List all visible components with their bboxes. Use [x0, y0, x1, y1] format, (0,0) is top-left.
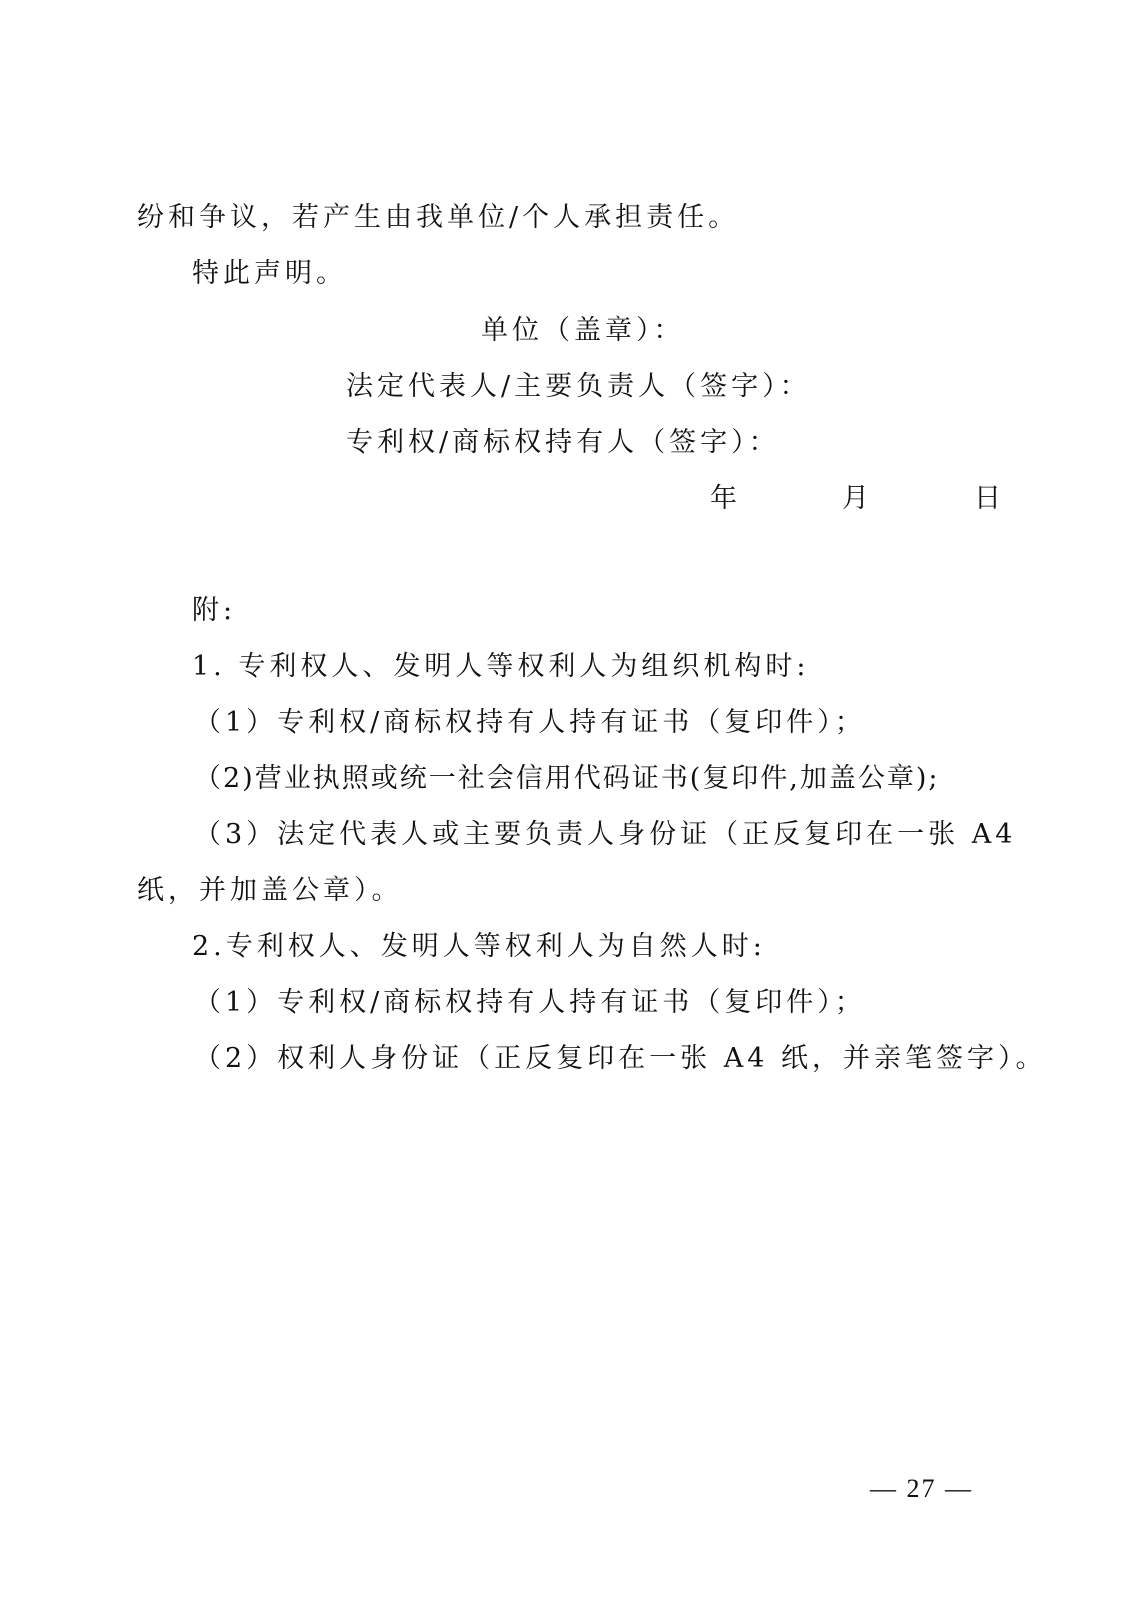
appendix-org-item-continued: 纸，并加盖公章）。 [137, 873, 403, 909]
appendix-person-item: （2）权利人身份证（正反复印在一张 A4 纸，并亲笔签字）。 [194, 1041, 1047, 1077]
appendix-heading: 附: [192, 593, 236, 629]
appendix-org-title: 1. 专利权人、发明人等权利人为组织机构时: [192, 649, 809, 685]
appendix-org-item: （1）专利权/商标权持有人持有证书（复印件）； [194, 705, 866, 741]
signature-unit-seal: 单位（盖章）： [481, 313, 685, 349]
appendix-org-item: （3）法定代表人或主要负责人身份证（正反复印在一张 A4 [194, 817, 1016, 853]
paragraph-declaration: 特此声明。 [192, 256, 347, 292]
signature-rights-holder: 专利权/商标权持有人（签字）： [346, 425, 780, 461]
appendix-person-title: 2.专利权人、发明人等权利人为自然人时: [192, 929, 766, 965]
appendix-org-item: （2)营业执照或统一社会信用代码证书(复印件,加盖公章); [194, 761, 939, 797]
page-number: — 27 — [870, 1474, 973, 1504]
appendix-person-item: （1）专利权/商标权持有人持有证书（复印件）； [194, 985, 866, 1021]
signature-legal-representative: 法定代表人/主要负责人（签字）： [346, 369, 811, 405]
signature-date: 年 月 日 [710, 481, 1007, 517]
paragraph-continuation: 纷和争议，若产生由我单位/个人承担责任。 [137, 200, 739, 236]
